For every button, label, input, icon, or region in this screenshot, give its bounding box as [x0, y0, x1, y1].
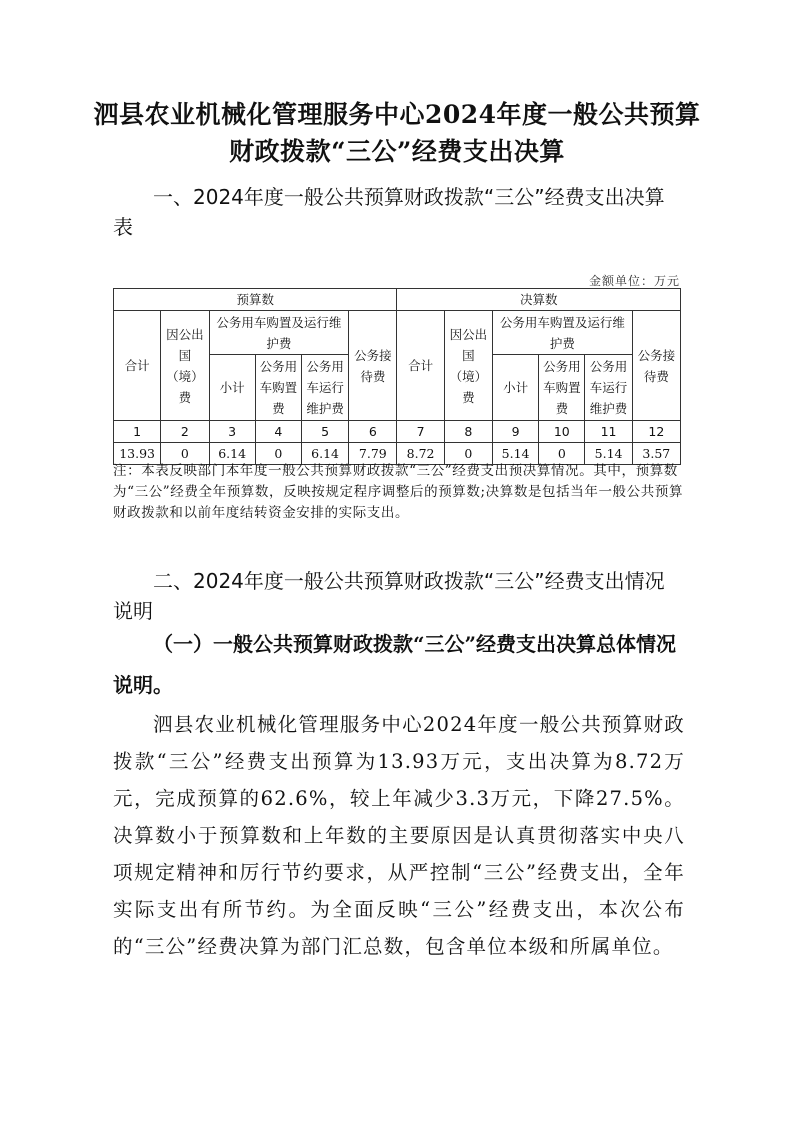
header-budget-subtotal: 小计 [209, 355, 255, 421]
index-cell: 4 [255, 421, 301, 443]
index-cell: 10 [539, 421, 585, 443]
header-budget-operation: 公务用车运行维护费 [301, 355, 348, 421]
index-cell: 1 [114, 421, 161, 443]
index-cell: 8 [444, 421, 492, 443]
header-final-total: 合计 [397, 311, 444, 421]
header-budget-vehicle: 公务用车购置及运行维护费 [209, 311, 349, 355]
amount-unit-label: 金额单位：万元 [589, 272, 680, 289]
header-budget-total: 合计 [114, 311, 161, 421]
index-row: 1 2 3 4 5 6 7 8 9 10 11 12 [114, 421, 681, 443]
section2-heading: 二、2024年度一般公共预算财政拨款“三公”经费支出情况说明 [113, 566, 683, 626]
document-title-line2: 财政拨款“三公”经费支出决算 [0, 132, 794, 168]
header-budget: 预算数 [114, 289, 397, 311]
index-cell: 12 [632, 421, 680, 443]
index-cell: 6 [349, 421, 397, 443]
index-cell: 9 [492, 421, 538, 443]
header-budget-reception: 公务接待费 [349, 311, 397, 421]
index-cell: 11 [585, 421, 632, 443]
index-cell: 2 [161, 421, 209, 443]
header-final-reception: 公务接待费 [632, 311, 680, 421]
header-final-subtotal: 小计 [492, 355, 538, 421]
section2-subheading: （一）一般公共预算财政拨款“三公”经费支出决算总体情况说明。 [113, 624, 685, 706]
header-final-operation: 公务用车运行维护费 [585, 355, 632, 421]
header-budget-purchase: 公务用车购置费 [255, 355, 301, 421]
header-final: 决算数 [397, 289, 681, 311]
header-final-vehicle: 公务用车购置及运行维护费 [492, 311, 632, 355]
document-title-line1: 泗县农业机械化管理服务中心2024年度一般公共预算 [0, 95, 794, 131]
header-budget-abroad: 因公出国（境）费 [161, 311, 209, 421]
section2-paragraph: 泗县农业机械化管理服务中心2024年度一般公共预算财政拨款“三公”经费支出预算为… [113, 706, 685, 965]
header-final-purchase: 公务用车购置费 [539, 355, 585, 421]
index-cell: 3 [209, 421, 255, 443]
table-note: 注：本表反映部门本年度一般公共预算财政拨款“三公”经费支出预决算情况。其中，预算… [113, 461, 685, 524]
section1-heading: 一、2024年度一般公共预算财政拨款“三公”经费支出决算表 [113, 182, 683, 242]
header-final-abroad: 因公出国（境）费 [444, 311, 492, 421]
three-public-expenses-table: 预算数 决算数 合计 因公出国（境）费 公务用车购置及运行维护费 公务接待费 合… [113, 288, 681, 465]
index-cell: 7 [397, 421, 444, 443]
index-cell: 5 [301, 421, 348, 443]
